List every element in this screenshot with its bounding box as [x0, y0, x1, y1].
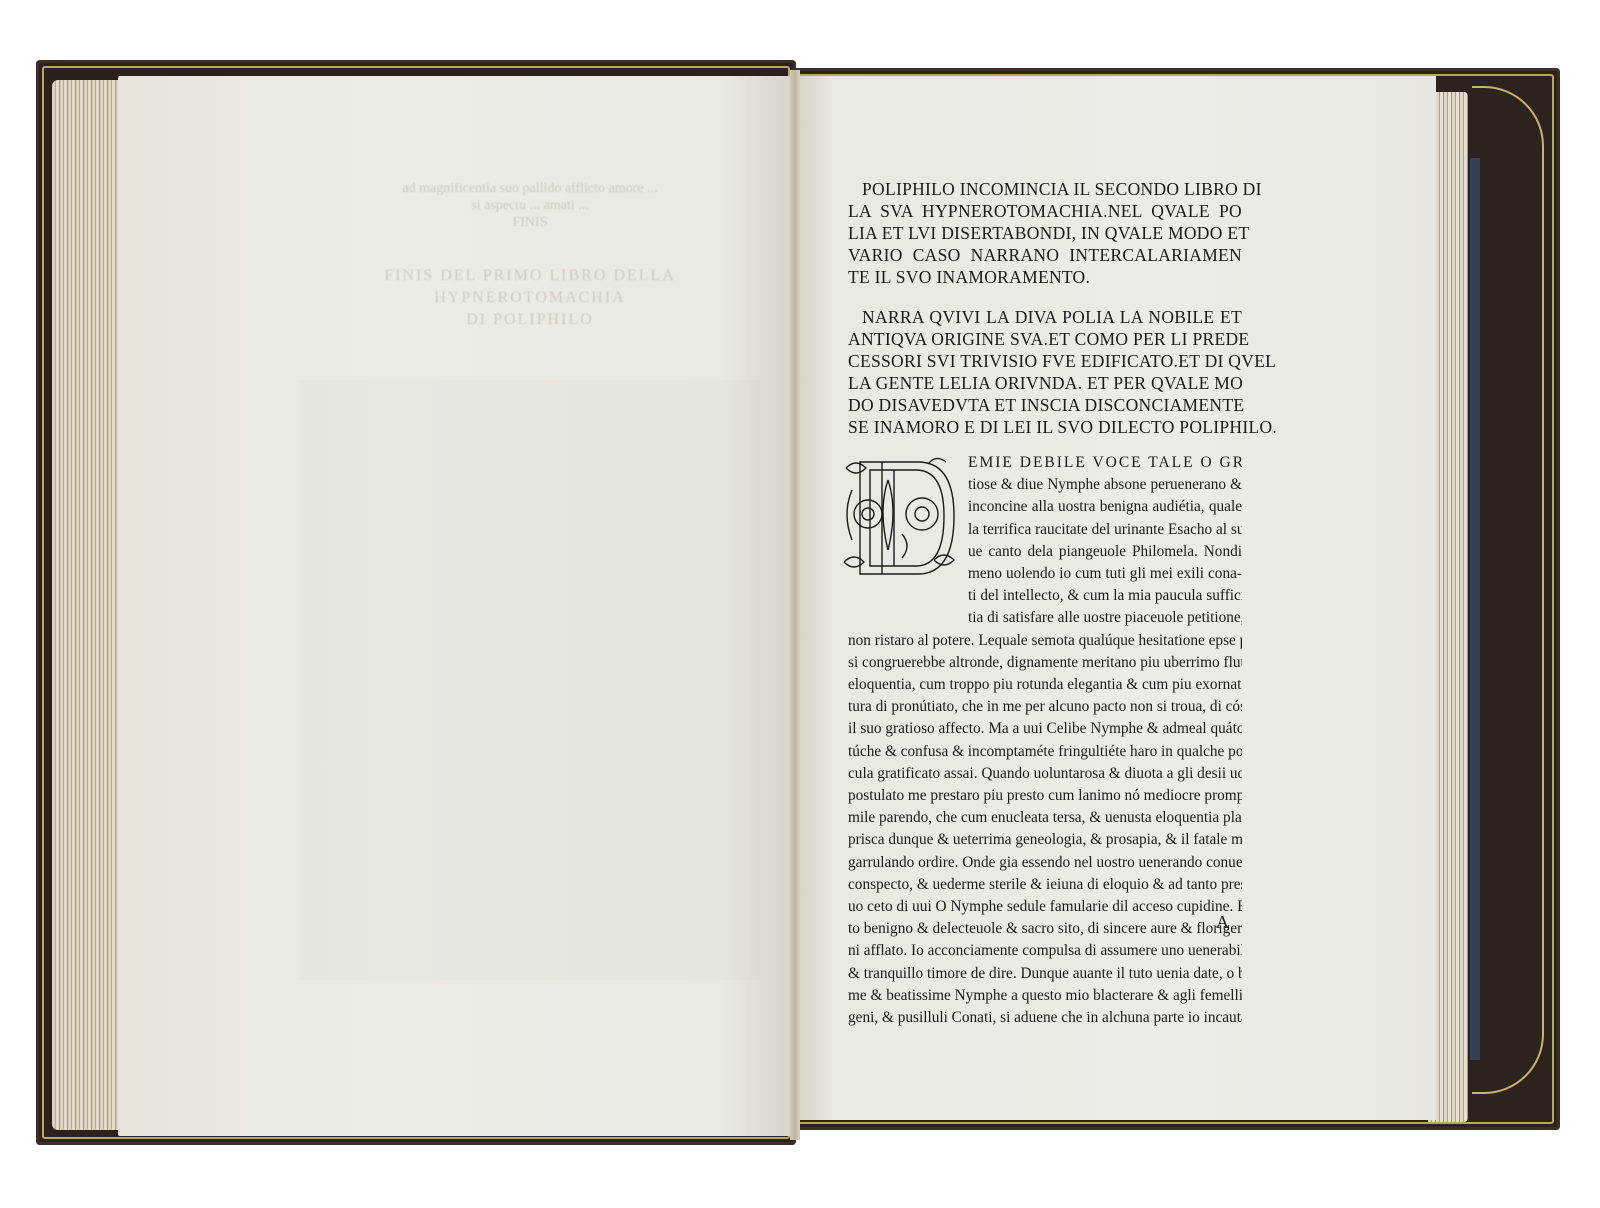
body-line: geni, & pusilluli Conati, si aduene che …: [848, 1007, 1242, 1029]
chapter-argument: NARRA QVIVI LA DIVA POLIA LA NOBILE ET A…: [848, 306, 1242, 438]
argument-line: ANTIQVA ORIGINE SVA.ET COMO PER LI PREDE: [848, 328, 1242, 350]
body-line: prisca dunque & ueterrima geneologia, & …: [848, 829, 1242, 851]
book-gutter: [790, 70, 800, 1140]
heading-line: VARIO CASO NARRANO INTERCALARIAMEN: [848, 244, 1242, 266]
body-line: cula gratificato assai. Quando uoluntaro…: [848, 763, 1242, 785]
body-line: to benigno & delecteuole & sacro sito, d…: [848, 918, 1242, 940]
heading-line: POLIPHILO INCOMINCIA IL SECONDO LIBRO DI: [848, 178, 1242, 200]
body-line: ti del intellecto, & cum la mia paucula …: [848, 585, 1242, 607]
body-line: me & beatissime Nymphe a questo mio blac…: [848, 985, 1242, 1007]
body-line: tia di satisfare alle uostre piaceuole p…: [848, 607, 1242, 629]
body-line: mile parendo, che cum enucleata tersa, &…: [848, 807, 1242, 829]
body-line: eloquentia, cum troppo piu rotunda elega…: [848, 674, 1242, 696]
showthrough-line: si aspectu ... amati ...: [300, 197, 760, 214]
body-line: conspecto, & uederme sterile & ieiuna di…: [848, 874, 1242, 896]
argument-line: NARRA QVIVI LA DIVA POLIA LA NOBILE ET: [848, 306, 1242, 328]
left-page-showthrough: ad magnificentia suo pallido afflicto am…: [300, 180, 760, 331]
body-line: non ristaro al potere. Lequale semota qu…: [848, 630, 1242, 652]
argument-line: DO DISAVEDVTA ET INSCIA DISCONCIAMENTE: [848, 394, 1242, 416]
argument-line: LA GENTE LELIA ORIVNDA. ET PER QVALE MO: [848, 372, 1242, 394]
showthrough-line: ad magnificentia suo pallido afflicto am…: [300, 180, 760, 197]
body-line: si congruerebbe altronde, dignamente mer…: [848, 652, 1242, 674]
argument-line: SE INAMORO E DI LEI IL SVO DILECTO POLIP…: [848, 416, 1242, 438]
open-book: ad magnificentia suo pallido afflicto am…: [0, 0, 1600, 1208]
decorated-initial-d-icon: [838, 450, 962, 582]
heading-line: LIA ET LVI DISERTABONDI, IN QVALE MODO E…: [848, 222, 1242, 244]
right-page-text: POLIPHILO INCOMINCIA IL SECONDO LIBRO DI…: [848, 178, 1242, 1029]
signature-mark: A: [1216, 912, 1229, 933]
showthrough-shadow: [300, 380, 760, 980]
body-line: tura di pronútiato, che in me per alcuno…: [848, 696, 1242, 718]
showthrough-line: FINIS: [300, 214, 760, 231]
body-line: ni afflato. Io acconciamente compulsa di…: [848, 940, 1242, 962]
body-line: uo ceto di uui O Nymphe sedule famularie…: [848, 896, 1242, 918]
showthrough-line: DI POLIPHILO: [300, 309, 760, 331]
heading-line: TE IL SVO INAMORAMENTO.: [848, 266, 1242, 288]
gilt-arc-ornament: [1472, 86, 1544, 1094]
body-line: & tranquillo timore de dire. Dunque auan…: [848, 963, 1242, 985]
showthrough-line: FINIS DEL PRIMO LIBRO DELLA: [300, 265, 760, 287]
body-line: garrulando ordire. Onde gia essendo nel …: [848, 852, 1242, 874]
showthrough-line: HYPNEROTOMACHIA: [300, 287, 760, 309]
heading-line: LA SVA HYPNEROTOMACHIA.NEL QVALE PO: [848, 200, 1242, 222]
body-text: EMIE DEBILE VOCE TALE O GRA tiose & diue…: [848, 452, 1242, 1029]
argument-line: CESSORI SVI TRIVISIO FVE EDIFICATO.ET DI…: [848, 350, 1242, 372]
book-heading: POLIPHILO INCOMINCIA IL SECONDO LIBRO DI…: [848, 178, 1242, 288]
body-line: postulato me prestaro piu presto cum lan…: [848, 785, 1242, 807]
body-line: túche & confusa & incomptaméte fringulti…: [848, 741, 1242, 763]
body-line: il suo gratioso affecto. Ma a uui Celibe…: [848, 718, 1242, 740]
